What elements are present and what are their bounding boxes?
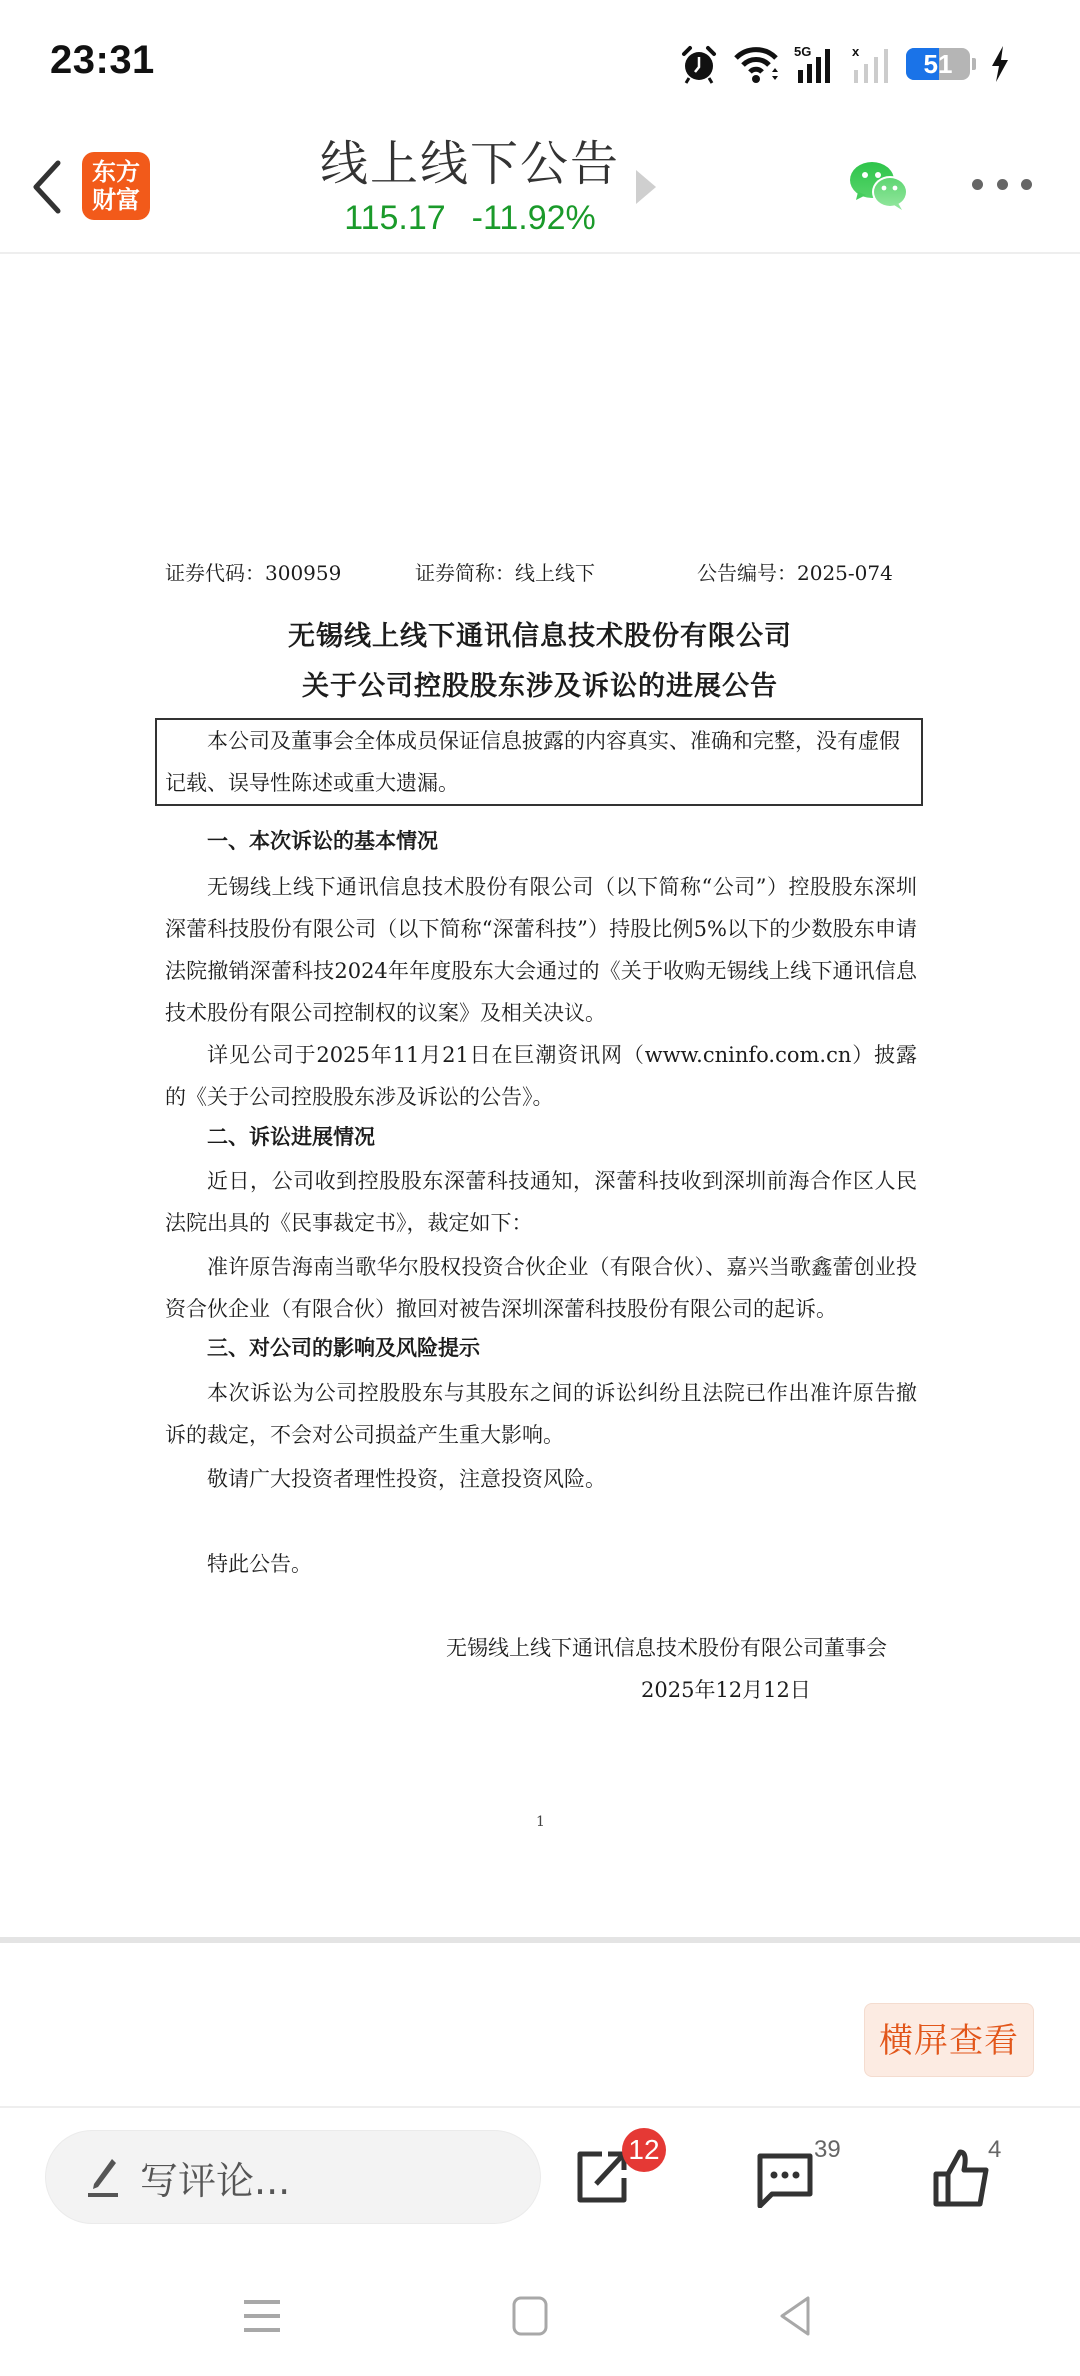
title-arrow-icon[interactable] [636, 170, 656, 204]
stock-change: -11.92% [472, 199, 596, 237]
share-icon [574, 2148, 630, 2206]
section2-paragraph2: 准许原告海南当歌华尔股权投资合伙企业（有限合伙）、嘉兴当歌鑫蕾创业投资合伙企业（… [165, 1246, 917, 1330]
like-button[interactable]: 4 [932, 2148, 990, 2212]
home-icon [510, 2296, 550, 2336]
stock-price: 115.17 [344, 199, 445, 237]
nav-home-button[interactable] [500, 2286, 560, 2346]
doc-title-line1: 无锡线上线下通讯信息技术股份有限公司 [160, 614, 920, 653]
page-number: 1 [536, 1814, 545, 1830]
alarm-icon [680, 44, 718, 84]
signature: 无锡线上线下通讯信息技术股份有限公司董事会 [446, 1632, 887, 1662]
comment-bubble-icon [756, 2148, 814, 2208]
section1-paragraph2: 详见公司于2025年11月21日在巨潮资讯网（www.cninfo.com.cn… [165, 1034, 917, 1118]
announcement-document[interactable]: 证券代码：300959 证券简称：线上线下 公告编号：2025-074 无锡线上… [0, 254, 1080, 1936]
charging-icon [990, 46, 1010, 82]
signal-5g-icon: 5G [794, 44, 838, 84]
battery-icon: 51 [906, 48, 970, 80]
comment-placeholder: 写评论... [140, 2150, 290, 2205]
status-bar: 23:31 5G x 51 [0, 0, 1080, 130]
stock-code: 证券代码：300959 [165, 557, 415, 586]
stock-short-name: 证券简称：线上线下 [415, 557, 697, 586]
notice-number: 公告编号：2025-074 [697, 557, 893, 586]
more-button[interactable] [972, 174, 1032, 194]
section1-heading: 一、本次诉讼的基本情况 [207, 825, 438, 855]
svg-text:5G: 5G [794, 44, 811, 59]
svg-text:x: x [852, 44, 860, 59]
section3-paragraph1: 本次诉讼为公司控股股东与其股东之间的诉讼纠纷且法院已作出准许原告撤诉的裁定，不会… [165, 1372, 917, 1456]
wifi-icon [732, 44, 780, 84]
menu-icon [242, 2296, 282, 2336]
comment-count: 39 [814, 2136, 841, 2164]
stock-quote: 115.17-11.92% [300, 198, 640, 238]
section3-paragraph2: 敬请广大投资者理性投资，注意投资风险。 [165, 1458, 917, 1500]
wechat-icon [848, 160, 912, 214]
landscape-view-button[interactable]: 横屏查看 [864, 2003, 1034, 2077]
status-time: 23:31 [50, 38, 155, 83]
title-block[interactable]: 线上线下公告 115.17-11.92% [300, 132, 640, 238]
share-badge: 12 [622, 2128, 666, 2172]
bottom-action-bar: 写评论... 12 39 4 [0, 2106, 1080, 2258]
wechat-share-button[interactable] [848, 160, 912, 214]
comment-input[interactable]: 写评论... [45, 2130, 541, 2224]
thumbs-up-icon [932, 2148, 990, 2208]
back-icon [776, 2296, 816, 2336]
section3-heading: 三、对公司的影响及风险提示 [207, 1332, 480, 1362]
section2-paragraph1: 近日，公司收到控股股东深蕾科技通知，深蕾科技收到深圳前海合作区人民法院出具的《民… [165, 1160, 917, 1244]
doc-title-line2: 关于公司控股股东涉及诉讼的进展公告 [160, 664, 920, 703]
like-count: 4 [988, 2136, 1001, 2164]
page-title: 线上线下公告 [300, 132, 640, 196]
comments-button[interactable]: 39 [756, 2148, 814, 2212]
closing-text: 特此公告。 [207, 1548, 312, 1578]
header: 东方 财富 线上线下公告 115.17-11.92% [0, 130, 1080, 254]
section2-heading: 二、诉讼进展情况 [207, 1121, 375, 1151]
disclaimer-box: 本公司及董事会全体成员保证信息披露的内容真实、准确和完整，没有虚假 记载、误导性… [155, 718, 923, 806]
more-dots-icon [972, 179, 983, 190]
nav-back-button[interactable] [766, 2286, 826, 2346]
section1-paragraph1: 无锡线上线下通讯信息技术股份有限公司（以下简称“公司”）控股股东深圳深蕾科技股份… [165, 866, 917, 1034]
signal-no-sim-icon: x [852, 44, 892, 84]
back-button[interactable] [22, 152, 72, 222]
share-button[interactable]: 12 [574, 2148, 630, 2210]
doc-meta: 证券代码：300959 证券简称：线上线下 公告编号：2025-074 [165, 557, 925, 586]
pencil-icon [86, 2155, 120, 2199]
chevron-left-icon [30, 159, 64, 215]
system-nav-bar [0, 2256, 1080, 2376]
app-logo[interactable]: 东方 财富 [82, 152, 150, 220]
status-icons: 5G x 51 [680, 40, 1010, 88]
divider [0, 1937, 1080, 1943]
nav-menu-button[interactable] [232, 2286, 292, 2346]
signature-date: 2025年12月12日 [641, 1674, 811, 1704]
